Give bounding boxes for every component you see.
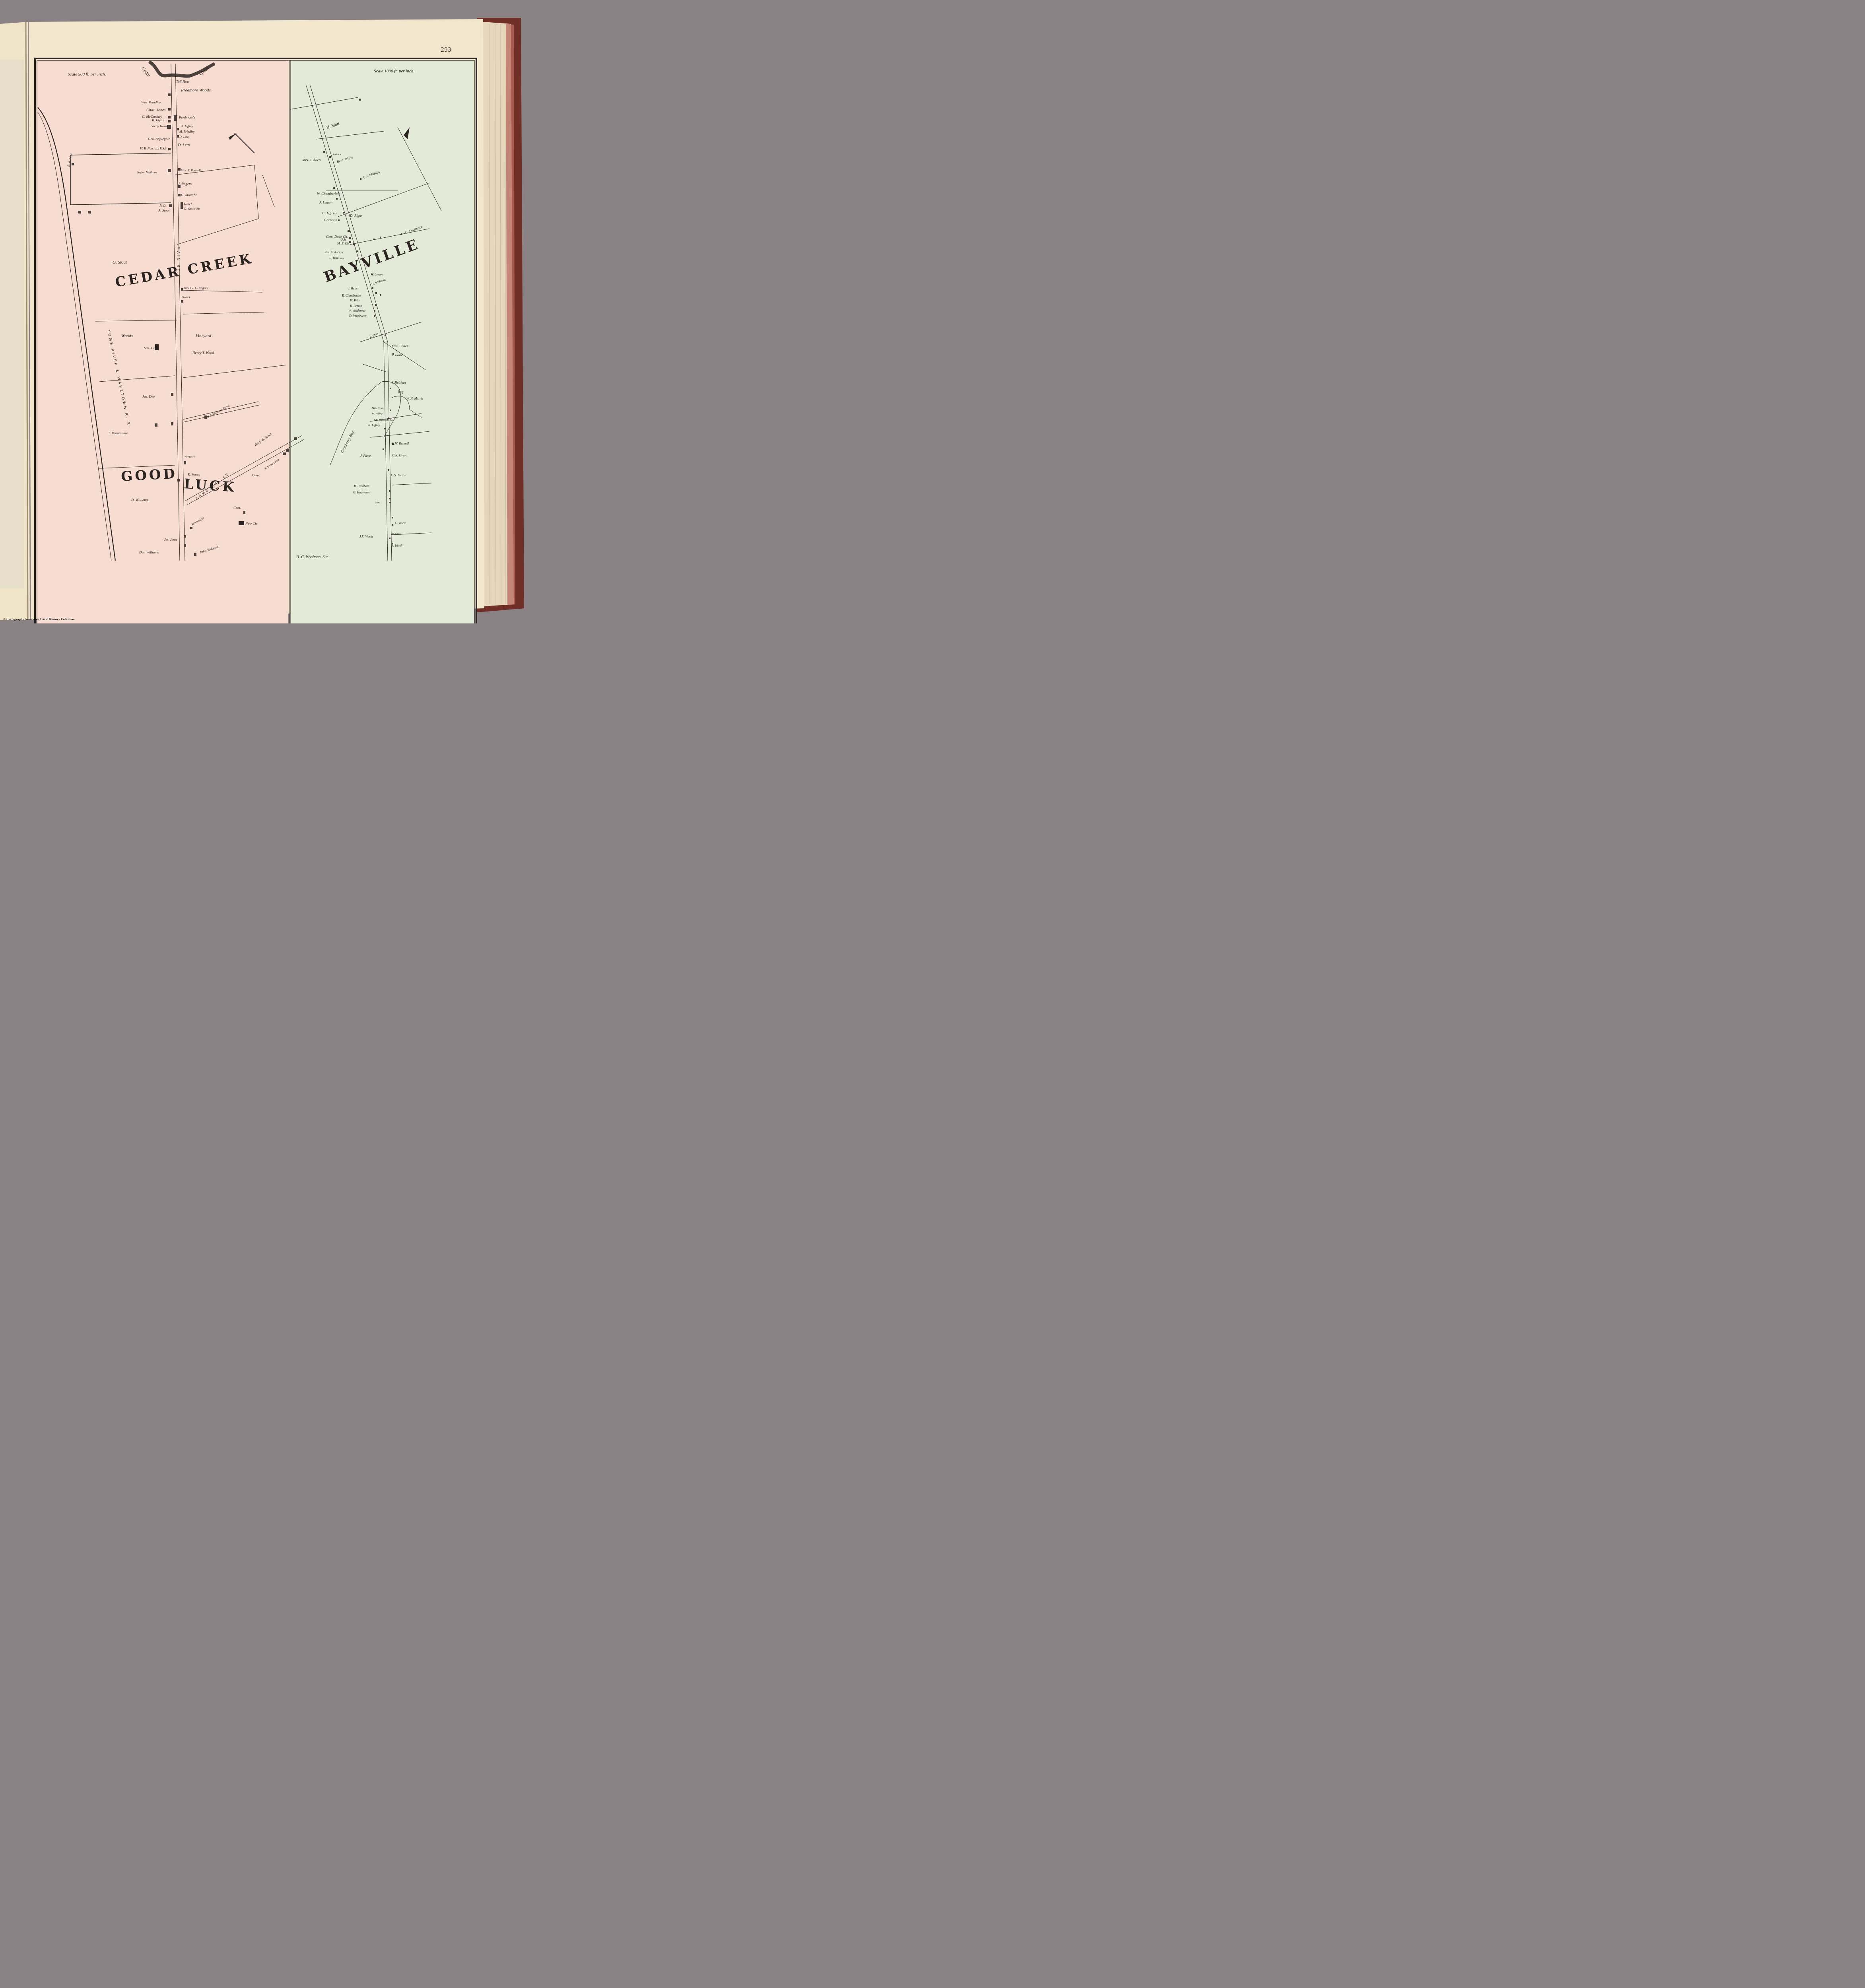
railroad-label: TOMS RIVER & WARETOWN R. R. — [106, 329, 131, 429]
label-w-bills: W. Bills — [350, 299, 360, 302]
label-cem: Cem. — [252, 473, 260, 477]
rr-station-label: R. R. Stat. — [66, 152, 73, 167]
label-toll-house: Toll Hou. — [176, 80, 190, 83]
label-h-mott: H. Mott — [325, 121, 340, 131]
label-predmores: Predmore's — [179, 115, 195, 119]
good-luck-title-left: GOOD — [120, 466, 178, 485]
label-po-bayville: P. O. — [387, 418, 393, 421]
label-cem-2: Cem. — [233, 506, 241, 510]
label-w-vandeveer: W. Vandeveer — [348, 309, 366, 313]
label-d-algur: D. Algur — [350, 214, 363, 217]
label-c-jeffries: C. Jeffries — [322, 211, 337, 215]
label-w-britton: W. Britton — [392, 533, 401, 536]
label-j-platte: J. Platte — [360, 454, 371, 458]
label-mrs-potter: Mrs. Potter — [391, 344, 408, 348]
label-w-jeffrey-2: W. Jeffrey — [367, 423, 380, 427]
label-jas-dey: Jas. Dey — [142, 394, 155, 398]
label-dan-williams: Dan Williams — [139, 550, 159, 554]
label-g-stout: G. Stout — [113, 260, 127, 265]
label-w-lemon: W. Lemon — [371, 273, 383, 276]
label-geo-applegate: Geo. Applegate — [148, 137, 170, 141]
label-w-jeffrey: W. Jeffrey — [372, 412, 383, 415]
copyright-credit: © Cartography Associates, David Rumsey C… — [3, 617, 75, 621]
label-hotel: Hotel — [183, 202, 192, 206]
label-ds-williams-farm: D.S. Williams Farm — [206, 404, 230, 419]
label-e-williams: E. Williams — [329, 256, 344, 260]
label-hotel-g-stout-sr: G. Stout Sr. — [184, 207, 200, 211]
label-new-ch: New Ch. — [245, 522, 258, 526]
label-mrs-t-bunnell: Mrs. T. Bunnell — [181, 169, 201, 172]
label-jas-jones: Jas. Jones — [164, 538, 177, 542]
north-arrow-icon — [229, 133, 237, 140]
page-number: 293 — [441, 47, 451, 53]
label-garrison: Garrison — [324, 218, 338, 222]
label-j-hulshart: J. Hulshart — [392, 381, 406, 384]
label-aj-phillips: A. J. Phillips — [361, 169, 381, 180]
label-g-hageman: G. Hageman — [353, 491, 369, 494]
cedar-creek-scale: Scale 500 ft. per inch. — [68, 72, 106, 77]
label-d-letts-small: D. Letts — [179, 135, 189, 139]
label-vanarsdale: Vanarsdale — [191, 516, 205, 526]
label-j-worth: J. Worth — [392, 544, 402, 547]
label-wh-morris: W. H. Morris — [406, 397, 423, 400]
label-beny-b-stout: Beny. B. Stout — [253, 432, 272, 447]
label-dav-jc-rogers: Dav.d J. C. Rogers — [183, 286, 208, 290]
label-d-letts: D. Letts — [177, 143, 190, 148]
label-woods: Woods — [121, 334, 133, 338]
label-me-ch: M. E. Ch. — [337, 242, 350, 245]
label-sch-bayville: Sch. — [341, 238, 347, 241]
main-street-label: MAIN ST. — [176, 247, 180, 275]
label-henry-t-wood: Henry T. Wood — [192, 351, 214, 355]
label-cs-grant-2: C.S. Grant — [391, 473, 406, 477]
label-yarnall: Yarnall — [184, 455, 195, 459]
label-rodden: Rodden — [332, 153, 341, 156]
label-norcross: W. B. Norcross B.S.S — [140, 147, 166, 150]
label-j-lemon: J. Lemon — [319, 200, 332, 204]
label-wm-brindley: Wm. Brindley — [141, 100, 161, 104]
label-po: P. O. — [159, 204, 167, 208]
label-sr-bunnell: S.R. Bunnell — [374, 418, 388, 421]
bayville-title: BAYVILLE — [322, 235, 422, 285]
label-w-chamberlain: W. Chamberlain — [317, 192, 340, 196]
label-taylor-mathews: Taylor Mathews — [137, 171, 157, 174]
label-c-worth: C. Worth — [395, 521, 406, 525]
label-john-williams: John Williams — [199, 544, 220, 554]
label-cw-bunnell: C.W. Bunnell — [392, 442, 409, 445]
label-bog: Bog — [398, 390, 404, 394]
label-m-brindley: M. Brindley — [179, 130, 195, 134]
label-j-butler: J. Butler — [348, 287, 359, 290]
label-mrs-j-allen: Mrs. J. Allen — [302, 158, 321, 162]
north-arrow-icon-bayville — [404, 127, 410, 139]
label-b-flynn: B. Flynn — [152, 118, 164, 122]
label-a-stout: A. Stout — [158, 208, 170, 212]
label-d-vandeveer: D. Vandeveer — [349, 314, 367, 318]
cedar-creek-title: CEDAR CREEK — [114, 250, 254, 290]
label-cranberry-bog: Cranberry Bog — [340, 431, 355, 454]
label-h-williams: H. Williams — [371, 278, 387, 287]
label-owner: Owner — [182, 295, 191, 299]
creek-label-creek: Creek — [198, 65, 210, 76]
label-b-evenham: B. Evenham — [354, 484, 369, 488]
label-predmore-woods: Predmore Woods — [181, 88, 211, 93]
label-layer: 293 Scale 500 ft. per inch. Scale 1000 f… — [0, 0, 546, 623]
surveyor-credit: H. C. Woolman, Sur. — [296, 555, 329, 559]
label-h-jeffrey: H. Jeffrey — [180, 124, 193, 128]
label-d-williams: D. Williams — [131, 498, 148, 502]
label-g-stout-sr: G. Stout Sr. — [181, 193, 197, 197]
label-r-lemon: R. Lemon — [350, 304, 362, 308]
label-jr-worth: J.R. Worth — [359, 535, 373, 538]
label-lacey-house: Lacey House — [150, 124, 169, 128]
label-vineyard: Vineyard — [196, 334, 212, 338]
label-t-vanarsdale: T. Vanarsdale — [108, 431, 128, 435]
label-t-vanarsdale-2: T. Vanarsdale — [264, 458, 280, 471]
label-sch-ho: Sch. Ho. — [144, 346, 156, 350]
label-mrs-grant: Mrs. Grant — [371, 406, 385, 410]
label-sch-bayville-2: Sch. — [375, 501, 380, 504]
label-chas-jones: Chas. Jones — [146, 108, 165, 113]
label-c-lawrence: C. Lawrence — [404, 225, 423, 235]
label-r-chamberlin: R. Chamberlin — [342, 294, 361, 297]
label-bb-anderson: B.B. Anderson — [324, 250, 343, 254]
bayville-scale: Scale 1000 ft. per inch. — [374, 69, 414, 74]
label-e-jones: E. Jones — [187, 472, 200, 476]
label-j-britton: J. Britton — [367, 332, 379, 341]
label-j-potter: J. Potter — [392, 353, 404, 357]
creek-label-cedar: Cedar — [140, 66, 152, 78]
label-benj-white: Benj. White — [336, 155, 354, 164]
label-cs-grant: C.S. Grant — [392, 453, 408, 457]
label-j-rogers: J. Rogers — [178, 182, 192, 186]
